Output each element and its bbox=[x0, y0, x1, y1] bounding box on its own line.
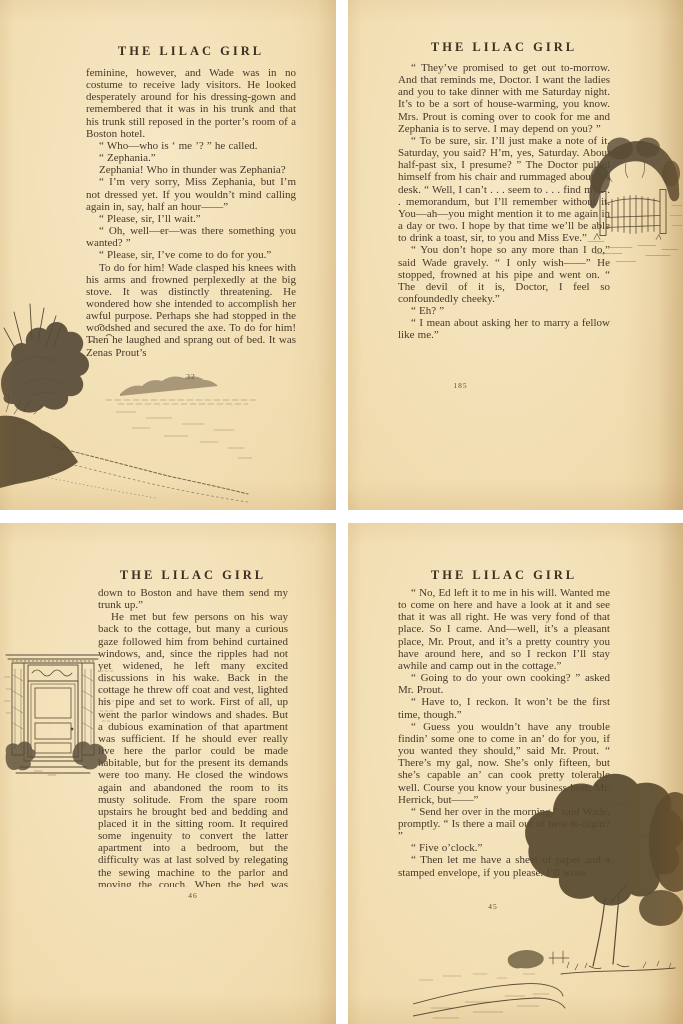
paragraph: “ They’ve promised to get out to-morrow.… bbox=[398, 62, 610, 135]
transom bbox=[28, 665, 78, 681]
paragraph: “ Oh, well—er—was there something you wa… bbox=[86, 225, 296, 249]
illustration-lake-shore bbox=[0, 298, 268, 510]
folio-page-number: 185 bbox=[398, 381, 523, 390]
running-head: THE LILAC GIRL bbox=[98, 568, 288, 583]
book-pages-collage: THE LILAC GIRL feminine, however, and Wa… bbox=[0, 0, 683, 1024]
illustration-tree-by-stream bbox=[413, 768, 683, 1024]
shrubs bbox=[6, 742, 107, 775]
cornice bbox=[6, 655, 100, 663]
paragraph: down to Boston and have them send my tru… bbox=[98, 587, 288, 611]
water bbox=[116, 412, 252, 458]
ground bbox=[588, 234, 678, 262]
wall-hatching bbox=[4, 671, 114, 721]
running-head: THE LILAC GIRL bbox=[86, 44, 296, 59]
foreground-bank bbox=[0, 416, 248, 502]
stream bbox=[413, 984, 565, 1018]
pilasters-sidelights bbox=[12, 663, 94, 755]
page-body: “ They’ve promised to get out to-morrow.… bbox=[398, 62, 610, 380]
paragraph: “ Who—who is ‘ me ’? ” he called. bbox=[86, 140, 296, 152]
paragraph: “ I mean about asking her to marry a fel… bbox=[398, 317, 610, 341]
paragraph: “ Please, sir, I’ll wait.” bbox=[86, 213, 296, 225]
paragraph: feminine, however, and Wade was in no co… bbox=[86, 67, 296, 140]
running-head: THE LILAC GIRL bbox=[398, 568, 610, 583]
paragraph: “ Eh? ” bbox=[398, 305, 610, 317]
page-bottom-right: THE LILAC GIRL “ No, Ed left it to me in… bbox=[348, 523, 683, 1024]
wall-hint bbox=[670, 206, 682, 226]
river-bank bbox=[419, 950, 675, 980]
folio-page-number: 46 bbox=[98, 891, 288, 900]
paragraph: “ No, Ed left it to me in his will. Want… bbox=[398, 587, 610, 672]
paragraph: “ I’m very sorry, Miss Zephania, but I’m… bbox=[86, 176, 296, 212]
paragraph: He met but few persons on his way back t… bbox=[98, 611, 288, 887]
distant-shore bbox=[106, 376, 258, 404]
gate bbox=[600, 190, 666, 236]
page-body: down to Boston and have them send my tru… bbox=[98, 587, 288, 887]
paragraph: “ Going to do your own cooking? ” asked … bbox=[398, 672, 610, 696]
page-bottom-left: THE LILAC GIRL down to Boston and have t… bbox=[0, 523, 336, 1024]
paragraph: “ To be sure, sir. I’ll just make a note… bbox=[398, 135, 610, 244]
page-top-right: THE LILAC GIRL “ They’ve promised to get… bbox=[348, 0, 683, 510]
paragraph: Zephania! Who in thunder was Zephania? bbox=[86, 164, 296, 176]
paragraph: “ You don’t hope so any more than I do,”… bbox=[398, 244, 610, 305]
pages-grid: THE LILAC GIRL feminine, however, and Wa… bbox=[0, 0, 683, 1024]
paragraph: “ Zephania.” bbox=[86, 152, 296, 164]
running-head: THE LILAC GIRL bbox=[398, 40, 610, 55]
paragraph: “ Please, sir, I’ve come to do for you.” bbox=[86, 249, 296, 261]
paragraph: “ Have to, I reckon. It won’t be the fir… bbox=[398, 696, 610, 720]
illustration-garden-gate bbox=[586, 120, 683, 278]
birds bbox=[90, 325, 112, 343]
illustration-front-doorway bbox=[4, 645, 116, 797]
door bbox=[28, 681, 78, 757]
bush bbox=[1, 304, 89, 414]
page-top-left: THE LILAC GIRL feminine, however, and Wa… bbox=[0, 0, 336, 510]
